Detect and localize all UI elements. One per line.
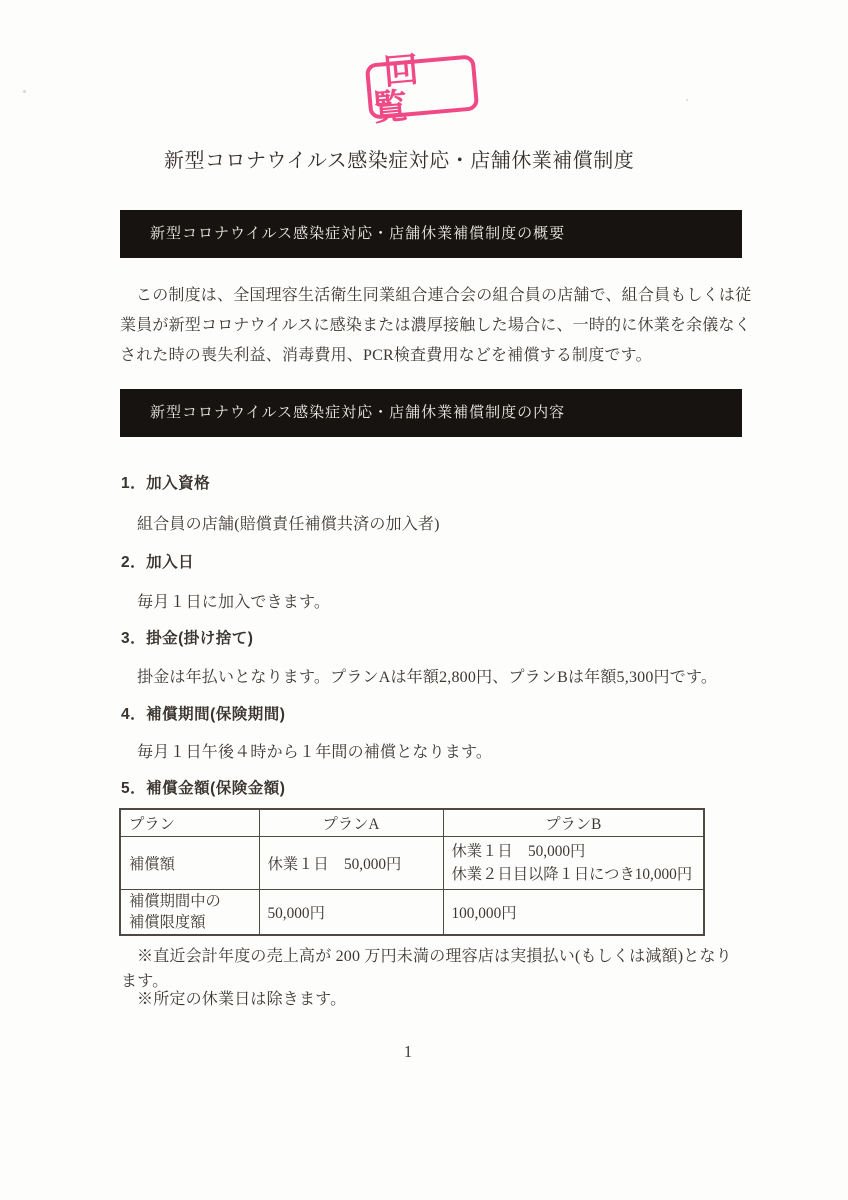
note-scheduled-holidays: ※所定の休業日は除きます。 [137,986,346,1009]
overview-paragraph-line: この制度は、全国理容生活衛生同業組合連合会の組合員の店舗で、組合員もしくは従 [120,281,770,311]
circulation-stamp-label: 回覧 [368,48,476,127]
scanned-document-page: 回覧 新型コロナウイルス感染症対応・店舗休業補償制度 新型コロナウイルス感染症対… [0,0,848,1200]
document-title: 新型コロナウイルス感染症対応・店舗休業補償制度 [164,144,634,173]
table-header-plan-b: プランB [443,809,704,837]
table-row-compensation-amount: 補償額 休業１日 50,000円 休業１日 50,000円 休業２日目以降１日に… [120,837,704,890]
plan-b-compensation-line2: 休業２日目以降１日につき10,000円 [452,863,696,886]
table-header-plan-a: プランA [259,809,443,837]
section-heading-coverage-period: 4．補償期間(保険期間) [121,702,285,724]
row-label-compensation-limit: 補償期間中の 補償限度額 [120,890,259,936]
section-heading-coverage-amount: 5．補償金額(保険金額) [121,776,285,798]
limit-label-line1: 補償期間中の [129,891,251,912]
plan-b-compensation-amount: 休業１日 50,000円 休業２日目以降１日につき10,000円 [443,837,704,890]
compensation-plan-table: プラン プランA プランB 補償額 休業１日 50,000円 休業１日 50,0… [119,808,705,936]
circulation-stamp: 回覧 [365,54,479,119]
plan-a-compensation-amount: 休業１日 50,000円 [259,837,443,890]
table-row-compensation-limit: 補償期間中の 補償限度額 50,000円 100,000円 [120,890,704,936]
section-body-premium: 掛金は年払いとなります。プランAは年額2,800円、プランBは年額5,300円で… [137,664,717,687]
details-section-header: 新型コロナウイルス感染症対応・店舗休業補償制度の内容 [120,389,742,437]
overview-paragraph-line: 業員が新型コロナウイルスに感染または濃厚接触した場合に、一時的に休業を余儀なく [120,311,770,341]
overview-paragraph: この制度は、全国理容生活衛生同業組合連合会の組合員の店舗で、組合員もしくは従 業… [120,281,770,371]
note-sales-threshold-line1: ※直近会計年度の売上高が 200 万円未満の理容店は実損払い(もしくは減額)とな… [137,943,732,966]
table-header-row: プラン プランA プランB [120,809,704,837]
section-heading-premium: 3．掛金(掛け捨て) [121,626,253,648]
section-body-eligibility: 組合員の店舗(賠償責任補償共済の加入者) [137,511,440,534]
section-body-coverage-period: 毎月１日午後４時から１年間の補償となります。 [137,739,492,762]
overview-section-header: 新型コロナウイルス感染症対応・店舗休業補償制度の概要 [120,210,742,258]
plan-b-compensation-limit: 100,000円 [443,890,704,936]
page-number: 1 [0,1042,816,1062]
row-label-compensation-amount: 補償額 [120,837,259,890]
plan-a-compensation-limit: 50,000円 [259,890,443,936]
section-body-enrollment-date: 毎月１日に加入できます。 [137,589,330,612]
table-header-plan: プラン [120,809,259,837]
plan-b-compensation-line1: 休業１日 50,000円 [452,840,696,863]
section-heading-eligibility: 1．加入資格 [121,471,210,493]
scan-speck [23,90,26,93]
section-heading-enrollment-date: 2．加入日 [121,550,194,572]
overview-paragraph-line: された時の喪失利益、消毒費用、PCR検査費用などを補償する制度です。 [120,341,770,371]
scan-speck [686,99,688,101]
limit-label-line2: 補償限度額 [129,912,251,933]
